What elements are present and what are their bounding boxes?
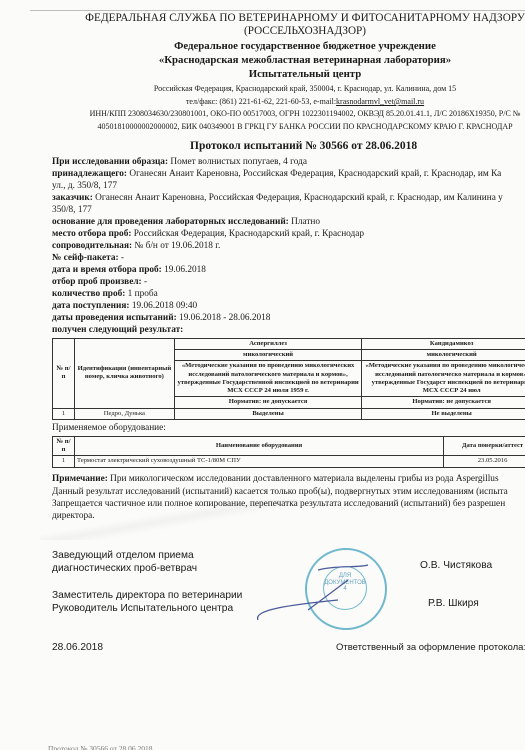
table-row: 1 Педро, Дунька Выделены Не выделены	[53, 408, 525, 419]
note-line-1: Примечание: При микологическом исследова…	[52, 474, 499, 484]
email-link[interactable]: krasnodarmvl_vet@mail.ru	[336, 97, 424, 106]
test-name-candidiasis: Кандидамикоз	[362, 339, 525, 350]
institution-name: «Краснодарская межобластная ветеринарная…	[60, 54, 525, 66]
equip-col-date: Дата поверки/аттест	[444, 437, 525, 456]
field-basis: основание для проведения лабораторных ис…	[52, 217, 320, 227]
norm-2: Норматив: не допускается	[362, 397, 525, 408]
equip-col-name: Наименование оборудования	[74, 437, 443, 456]
field-accompanying: сопроводительная: № б/н от 19.06.2018 г.	[52, 241, 220, 251]
signatory-2-role-1: Заместитель директора по ветеринарии	[52, 590, 242, 601]
note-line-2: Данный результат исследований (испытаний…	[52, 487, 508, 497]
field-result-heading: получен следующий результат:	[52, 325, 183, 335]
field-sampled-by: отбор проб произвел: -	[52, 277, 147, 287]
institution-type: Федеральное государственное бюджетное уч…	[60, 40, 525, 52]
paper-crease	[40, 500, 300, 540]
result-candidiasis: Не выделены	[362, 408, 525, 419]
contacts: тел/факс: (861) 221-61-62, 221-60-53, e-…	[60, 97, 525, 106]
signatory-1-name: О.В. Чистякова	[420, 560, 492, 571]
field-customer: заказчик: Оганесян Анаит Кареновна, Росс…	[52, 193, 503, 203]
signatory-1-role-1: Заведующий отделом приема	[52, 550, 194, 561]
row-animal-id: Педро, Дунька	[74, 408, 174, 419]
sign-date: 28.06.2018	[52, 642, 103, 653]
field-sample: При исследовании образца: Помет волнисты…	[52, 157, 307, 167]
phone: тел/факс: (861) 221-61-62, 221-60-53, e-…	[186, 97, 336, 106]
field-customer-cont: 350/8, 177	[52, 205, 92, 215]
document-page: ФЕДЕРАЛЬНАЯ СЛУЖБА ПО ВЕТЕРИНАРНОМУ И ФИ…	[0, 0, 525, 750]
field-sampling-date: дата и время отбора проб: 19.06.2018	[52, 265, 206, 275]
center-name: Испытательный центр	[60, 68, 525, 80]
col-header-id: Идентификация (инвентарный номер, кличка…	[74, 339, 174, 409]
method-type-1: микологический	[174, 350, 362, 361]
norm-1: Норматив: не допускается	[174, 397, 362, 408]
agency-short-name: (РОССЕЛЬХОЗНАДЗОР)	[60, 25, 525, 37]
page-footer: Протокол № 30566 от 28.06.2018	[48, 744, 153, 750]
signatory-2-name: Р.В. Шкиря	[428, 598, 479, 609]
equip-col-num: № п/п	[53, 437, 75, 456]
signatory-1-role-2: диагностических проб-ветврач	[52, 563, 197, 574]
field-received-date: дата поступления: 19.06.2018 09:40	[52, 301, 197, 311]
equipment-table: № п/п Наименование оборудования Дата пов…	[52, 436, 525, 468]
equip-row-num: 1	[53, 456, 75, 467]
equip-row-name: Термостат электрический суховоздушный ТС…	[74, 456, 443, 467]
responsible-person: Ответственный за оформление протокола: Д…	[336, 642, 525, 653]
protocol-title: Протокол испытаний № 30566 от 28.06.2018	[190, 140, 417, 152]
test-name-aspergillosis: Аспергиллез	[174, 339, 362, 350]
requisites-line-2: 40501810000002000002, БИК 040349001 В ГР…	[60, 122, 525, 131]
method-type-2: микологический	[362, 350, 525, 361]
field-owner: принадлежащего: Оганесян Анаит Кареновна…	[52, 169, 501, 179]
field-owner-cont: ул., д. 350/8, 177	[52, 181, 117, 191]
table-row: 1 Термостат электрический суховоздушный …	[53, 456, 525, 467]
row-num: 1	[53, 408, 75, 419]
equipment-label: Применяемое оборудование:	[52, 423, 166, 433]
scan-edge-line	[30, 10, 525, 11]
field-sample-count: количество проб: 1 проба	[52, 289, 158, 299]
result-aspergillosis: Выделены	[174, 408, 362, 419]
method-doc-2: «Методические указания по проведению мик…	[362, 361, 525, 397]
col-header-num: № п/п	[53, 339, 75, 409]
requisites-line-1: ИНН/КПП 2308034630/230801001, ОКО-ПО 005…	[60, 109, 525, 118]
field-test-dates: даты проведения испытаний: 19.06.2018 - …	[52, 313, 270, 323]
results-table: № п/п Идентификация (инвентарный номер, …	[52, 338, 525, 420]
signatory-2-role-2: Руководитель Испытательного центра	[52, 603, 233, 614]
equip-row-date: 23.05.2016	[444, 456, 525, 467]
signature-scribble	[248, 560, 378, 630]
agency-name: ФЕДЕРАЛЬНАЯ СЛУЖБА ПО ВЕТЕРИНАРНОМУ И ФИ…	[60, 12, 525, 24]
method-doc-1: «Методические указания по проведению мик…	[174, 361, 362, 397]
field-sampling-place: место отбора проб: Российская Федерация,…	[52, 229, 364, 239]
field-safe-package: № сейф-пакета: -	[52, 253, 124, 263]
address: Российская Федерация, Краснодарский край…	[60, 84, 525, 93]
